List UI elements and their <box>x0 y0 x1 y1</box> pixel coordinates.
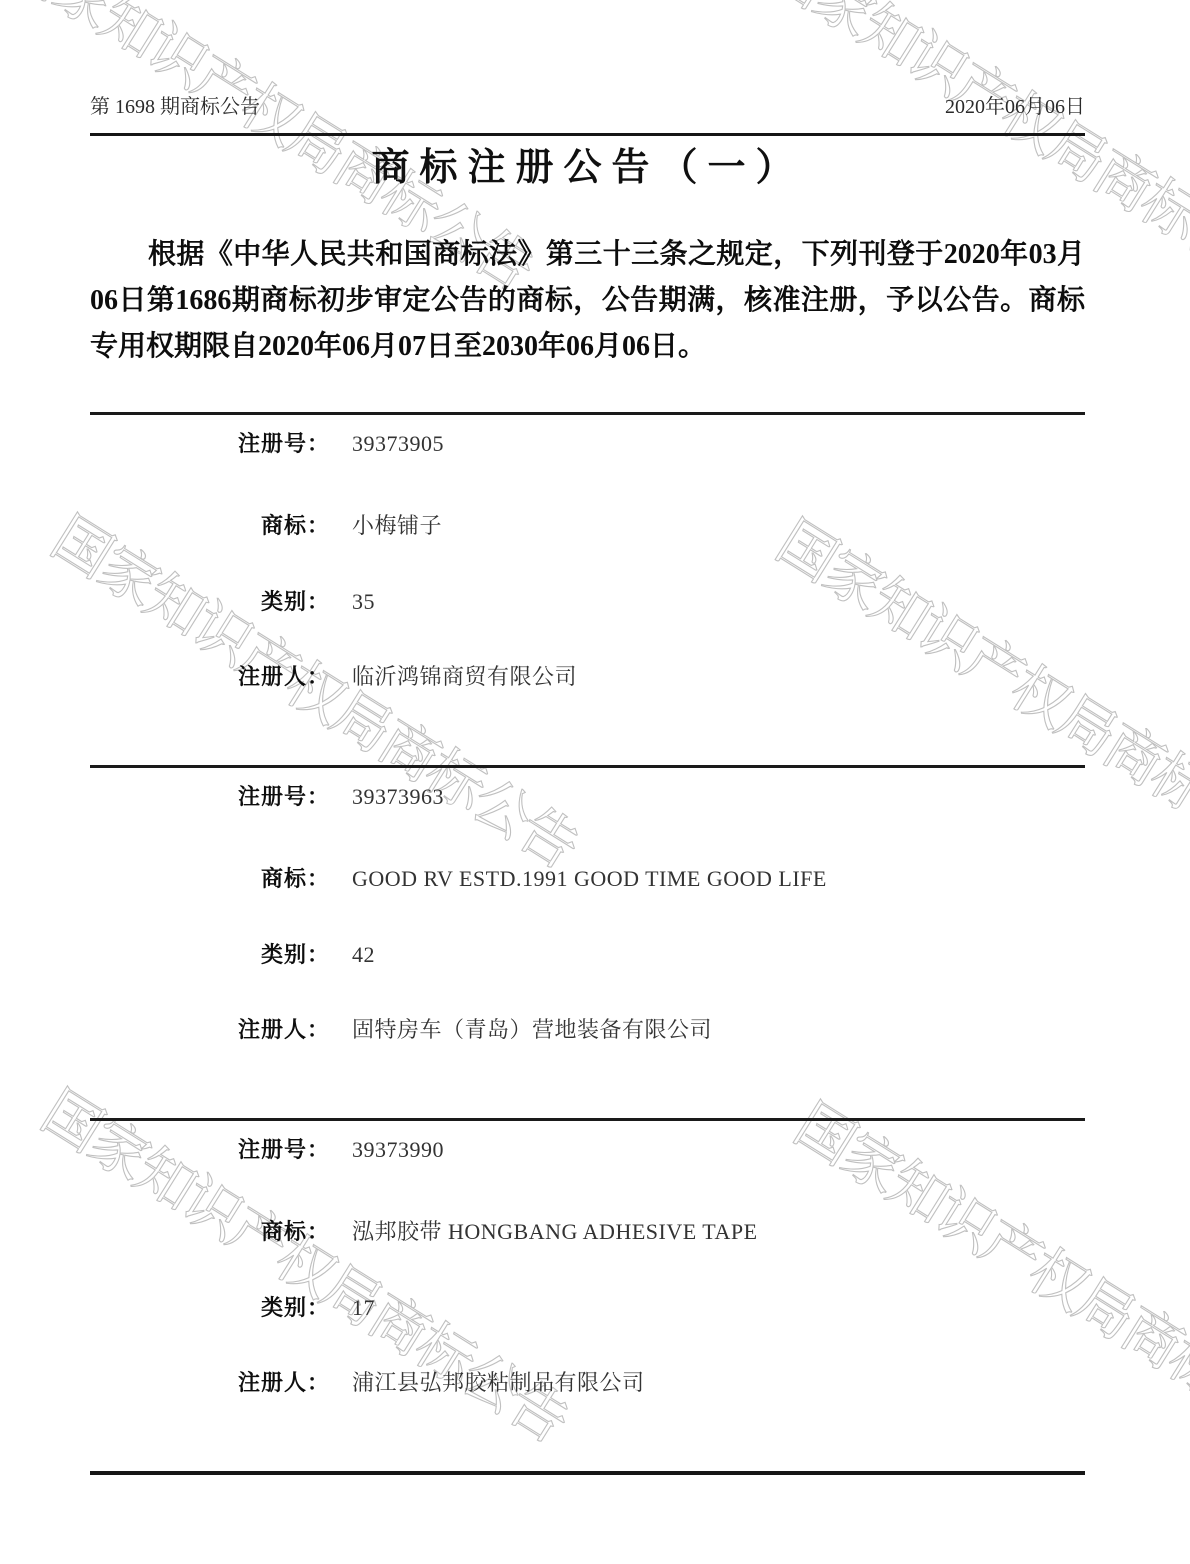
mark-value: GOOD RV ESTD.1991 GOOD TIME GOOD LIFE <box>352 864 827 894</box>
entries-section: 注册号： 39373905 商标： 小梅铺子 类别： 35 注册人： 临沂鸿锦商… <box>90 412 1085 1475</box>
class-label: 类别： <box>90 940 330 970</box>
class-row: 类别： 35 <box>90 587 1085 617</box>
trademark-entry: 注册号： 39373963 商标： GOOD RV ESTD.1991 GOOD… <box>90 765 1085 1118</box>
intro-paragraph: 根据《中华人民共和国商标法》第三十三条之规定，下列刊登于2020年03月06日第… <box>90 232 1085 370</box>
registrant-label: 注册人： <box>90 1015 330 1045</box>
mark-row: 商标： 小梅铺子 <box>90 511 1085 541</box>
reg-no-row: 注册号： 39373990 <box>90 1135 1085 1165</box>
registrant-row: 注册人： 浦江县弘邦胶粘制品有限公司 <box>90 1368 1085 1398</box>
class-label: 类别： <box>90 1293 330 1323</box>
registrant-row: 注册人： 临沂鸿锦商贸有限公司 <box>90 662 1085 692</box>
class-label: 类别： <box>90 587 330 617</box>
header-date: 2020年06月06日 <box>945 94 1085 120</box>
registrant-value: 浦江县弘邦胶粘制品有限公司 <box>352 1368 645 1398</box>
mark-row: 商标： GOOD RV ESTD.1991 GOOD TIME GOOD LIF… <box>90 864 1085 894</box>
reg-no-row: 注册号： 39373963 <box>90 782 1085 812</box>
reg-no-label: 注册号： <box>90 429 330 459</box>
registrant-label: 注册人： <box>90 662 330 692</box>
class-value: 35 <box>352 587 375 617</box>
mark-value: 泓邦胶带 HONGBANG ADHESIVE TAPE <box>352 1217 758 1247</box>
bottom-divider <box>90 1471 1085 1475</box>
reg-no-value: 39373990 <box>352 1135 444 1165</box>
page-title: 商标注册公告（一） <box>90 144 1085 192</box>
reg-no-label: 注册号： <box>90 1135 330 1165</box>
registrant-row: 注册人： 固特房车（青岛）营地装备有限公司 <box>90 1015 1085 1045</box>
registrant-value: 固特房车（青岛）营地装备有限公司 <box>352 1015 712 1045</box>
reg-no-label: 注册号： <box>90 782 330 812</box>
class-row: 类别： 17 <box>90 1293 1085 1323</box>
class-value: 17 <box>352 1293 375 1323</box>
gazette-page: 国家知识产权局商标公告 国家知识产权局商标公告 国家知识产权局商标公告 国家知识… <box>0 0 1190 1564</box>
mark-label: 商标： <box>90 864 330 894</box>
trademark-entry: 注册号： 39373905 商标： 小梅铺子 类别： 35 注册人： 临沂鸿锦商… <box>90 412 1085 765</box>
class-row: 类别： 42 <box>90 940 1085 970</box>
header-divider <box>90 133 1085 136</box>
registrant-label: 注册人： <box>90 1368 330 1398</box>
mark-label: 商标： <box>90 1217 330 1247</box>
mark-value: 小梅铺子 <box>352 511 442 541</box>
page-header: 第 1698 期商标公告 2020年06月06日 <box>90 0 1085 120</box>
reg-no-row: 注册号： 39373905 <box>90 429 1085 459</box>
page-content: 第 1698 期商标公告 2020年06月06日 商标注册公告（一） 根据《中华… <box>0 0 1190 1475</box>
mark-label: 商标： <box>90 511 330 541</box>
reg-no-value: 39373905 <box>352 429 444 459</box>
header-issue: 第 1698 期商标公告 <box>90 94 260 120</box>
class-value: 42 <box>352 940 375 970</box>
registrant-value: 临沂鸿锦商贸有限公司 <box>352 662 577 692</box>
mark-row: 商标： 泓邦胶带 HONGBANG ADHESIVE TAPE <box>90 1217 1085 1247</box>
trademark-entry: 注册号： 39373990 商标： 泓邦胶带 HONGBANG ADHESIVE… <box>90 1118 1085 1471</box>
reg-no-value: 39373963 <box>352 782 444 812</box>
